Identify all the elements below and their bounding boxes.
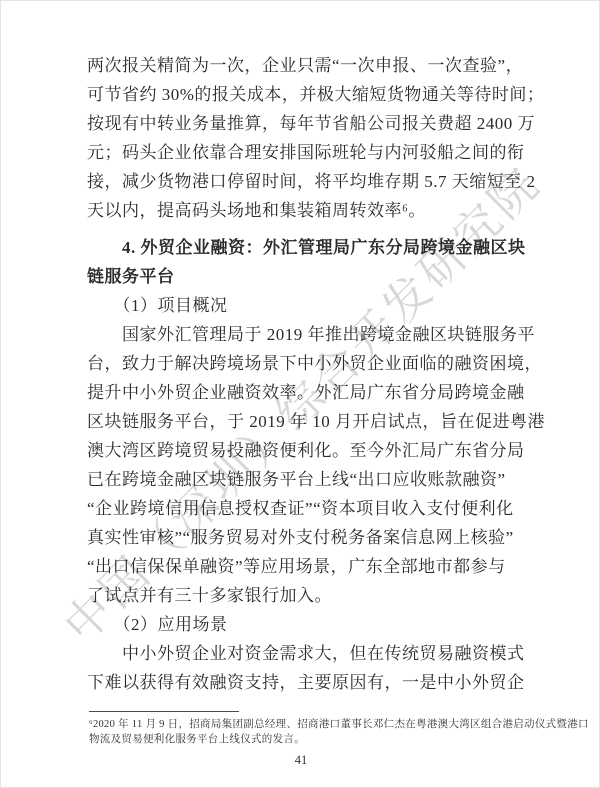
heading-block: 4. 外贸企业融资：外汇管理局广东分局跨境金融区块链服务平台 <box>87 233 539 291</box>
page-number: 41 <box>1 753 600 768</box>
paragraph-block: 国家外汇管理局于 2019 年推出跨境金融区块链服务平台，致力于解决跨境场景下中… <box>87 320 539 610</box>
text-line: “出口信保保单融资”等应用场景，广东全部地市都参与 <box>87 552 539 581</box>
text-line: 4. 外贸企业融资：外汇管理局广东分局跨境金融区块 <box>87 233 539 262</box>
paragraph-block: 两次报关精简为一次，企业只需“一次申报、一次查验”，可节省约 30%的报关成本，… <box>87 51 539 225</box>
subheading-block: （1）项目概况 <box>87 291 539 320</box>
text-line: 澳大湾区跨境贸易投融资便利化。至今外汇局广东省分局 <box>87 436 539 465</box>
text-line: 中小外贸企业对资金需求大，但在传统贸易融资模式 <box>87 639 539 668</box>
text-line: 台，致力于解决跨境场景下中小外贸企业面临的融资困境， <box>87 349 539 378</box>
text-line: 接，减少货物港口停留时间，将平均堆存期 5.7 天缩短至 2 <box>87 167 539 196</box>
footnote-line: ⁶2020 年 11 月 9 日，招商局集团副总经理、招商港口董事长邓仁杰在粤港… <box>89 717 549 732</box>
subheading-block: （2）应用场景 <box>87 610 539 639</box>
text-line: 真实性审核”“服务贸易对外支付税务备案信息网上核验” <box>87 523 539 552</box>
text-line: 按现有中转业务量推算，每年节省船公司报关费超 2400 万 <box>87 109 539 138</box>
footnote-line: 物流及贸易便利化服务平台上线仪式的发言。 <box>89 732 549 747</box>
text-line: 可节省约 30%的报关成本，并极大缩短货物通关等待时间； <box>87 80 539 109</box>
text-line: 天以内，提高码头场地和集装箱周转效率⁶。 <box>87 196 539 225</box>
text-line: 链服务平台 <box>87 262 539 291</box>
document-body: 两次报关精简为一次，企业只需“一次申报、一次查验”，可节省约 30%的报关成本，… <box>87 51 539 697</box>
text-line: 了试点并有三十多家银行加入。 <box>87 581 539 610</box>
footnote-separator <box>89 711 239 712</box>
text-line: 已在跨境金融区块链服务平台上线“出口应收账款融资” <box>87 465 539 494</box>
paragraph-block: 中小外贸企业对资金需求大，但在传统贸易融资模式下难以获得有效融资支持，主要原因有… <box>87 639 539 697</box>
text-line: （1）项目概况 <box>87 291 539 320</box>
text-line: “企业跨境信用信息授权查证”“资本项目收入支付便利化 <box>87 494 539 523</box>
document-page: 中国（深圳）综合开发研究院 两次报关精简为一次，企业只需“一次申报、一次查验”，… <box>0 0 600 788</box>
text-line: 两次报关精简为一次，企业只需“一次申报、一次查验”， <box>87 51 539 80</box>
text-line: 提升中小外贸企业融资效率。外汇局广东省分局跨境金融 <box>87 378 539 407</box>
text-line: （2）应用场景 <box>87 610 539 639</box>
text-line: 国家外汇管理局于 2019 年推出跨境金融区块链服务平 <box>87 320 539 349</box>
footnote: ⁶2020 年 11 月 9 日，招商局集团副总经理、招商港口董事长邓仁杰在粤港… <box>89 717 549 747</box>
text-line: 区块链服务平台，于 2019 年 10 月开启试点，旨在促进粤港 <box>87 407 539 436</box>
text-line: 元；码头企业依靠合理安排国际班轮与内河驳船之间的衔 <box>87 138 539 167</box>
text-line: 下难以获得有效融资支持，主要原因有，一是中小外贸企 <box>87 668 539 697</box>
